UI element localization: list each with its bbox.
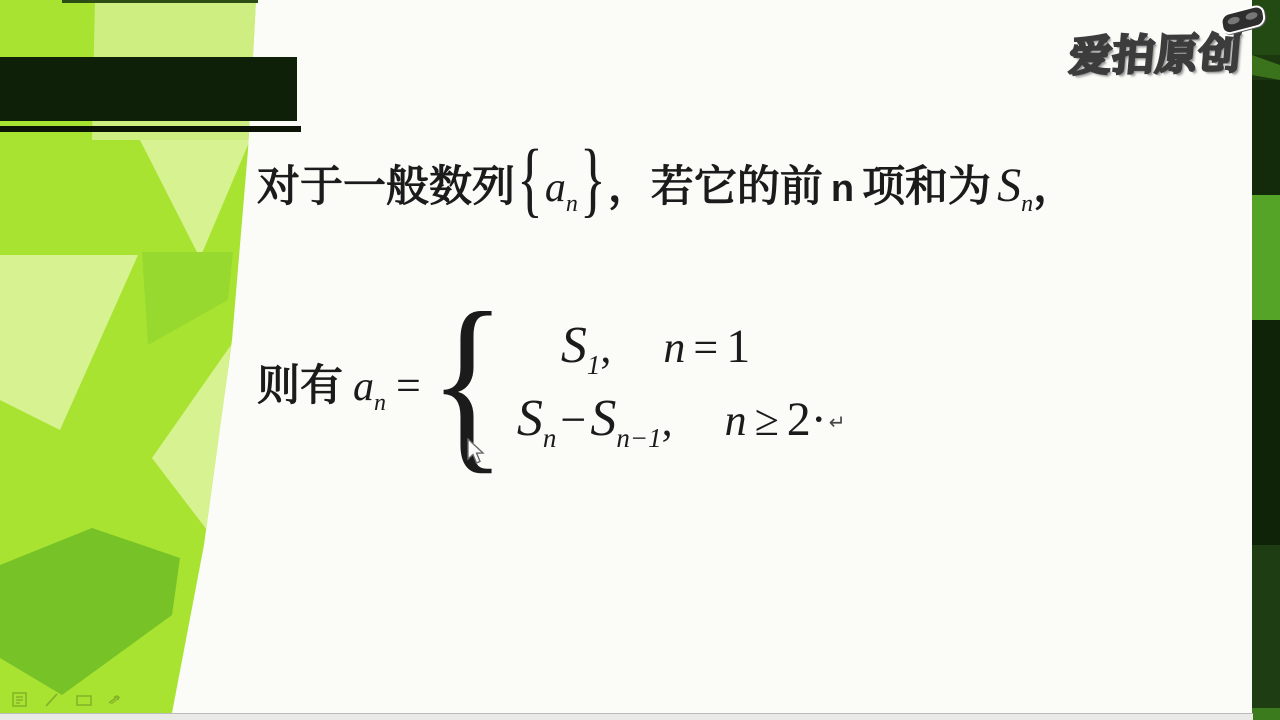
cond-value: 2· (787, 392, 827, 447)
var-a: a (343, 363, 374, 411)
case-row-1: S 1 , n = 1 (561, 316, 844, 375)
formula-lead: 则有 (257, 352, 343, 413)
subscript-n: n (543, 423, 557, 454)
cond-var-n: n (725, 395, 747, 446)
aipai-watermark: 爱拍原创 (1067, 20, 1273, 83)
cond-value: 1 (726, 319, 750, 374)
title-bar-placeholder (0, 57, 297, 121)
strip-facet (1252, 545, 1280, 708)
line1-text-mid2: 项和为 (862, 153, 991, 214)
comma: , (600, 322, 611, 373)
presenter-toolbar (10, 690, 126, 710)
minus-sign: − (556, 393, 590, 446)
cond-var-n: n (663, 322, 685, 373)
math-line-1: 对于一般数列 { a n } ，若它的前 n 项和为 S n ， (257, 152, 1076, 214)
pointer-icon[interactable] (10, 690, 30, 710)
strip-facet (1252, 320, 1280, 545)
strip-facet (1252, 195, 1280, 320)
pen-icon[interactable] (42, 690, 62, 710)
subscript-n: n (374, 390, 386, 417)
line1-comma: ， (1033, 153, 1076, 214)
top-edge-line (62, 0, 258, 3)
cond-operator: = (685, 322, 726, 373)
subscript-n: n (566, 191, 578, 218)
open-brace: { (515, 131, 545, 227)
equals-sign: = (386, 360, 427, 411)
right-border-art (1252, 0, 1280, 720)
comma: , (662, 395, 673, 446)
strip-facet (1252, 708, 1280, 720)
cond-operator: ≥ (747, 395, 787, 446)
strip-white-gap (1250, 195, 1252, 345)
bold-n: n (823, 168, 862, 211)
case-row-2: S n − S n−1 , n ≥ 2· ↵ (517, 389, 844, 448)
mouse-cursor (466, 438, 488, 468)
var-S: S (561, 316, 587, 375)
var-S: S (991, 158, 1021, 213)
var-S: S (517, 389, 543, 448)
var-S: S (590, 389, 616, 448)
watermark-text: 爱拍原创 (1068, 30, 1244, 80)
subscript-n2: n (1021, 191, 1033, 218)
piecewise-formula: 则有 a n = { S 1 , n = 1 S n − S n−1 , n (257, 296, 844, 468)
var-a: a (545, 164, 566, 212)
title-underline (0, 126, 301, 132)
subscript-1: 1 (587, 350, 601, 381)
slide-menu-icon[interactable] (74, 690, 94, 710)
line1-text-mid: ，若它的前 (608, 153, 823, 214)
bottom-bar (0, 713, 1253, 720)
strip-facet (1252, 80, 1280, 195)
video-frame: 爱拍原创 对于一般数列 { a n } ，若它的前 n 项和为 S n ， 则有… (0, 0, 1280, 720)
paragraph-return-mark: ↵ (829, 410, 846, 434)
close-brace: } (578, 131, 608, 227)
next-arrow-icon[interactable] (106, 690, 126, 710)
subscript-n-1: n−1 (616, 423, 661, 454)
line1-text-pre: 对于一般数列 (257, 153, 515, 214)
